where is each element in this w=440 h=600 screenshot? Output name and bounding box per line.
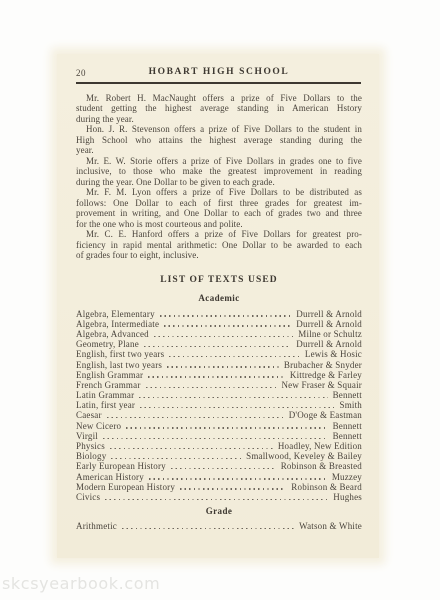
header-rule [76, 82, 361, 84]
dot-leader [105, 499, 328, 500]
text-row: BiologySmallwood, Keveley & Bailey [76, 451, 362, 461]
author-label: Durrell & Arnold [296, 339, 362, 349]
dot-leader [139, 397, 327, 398]
text-row: PhysicsHoadley, New Edition [76, 441, 362, 451]
dot-leader [148, 376, 285, 377]
texts-groups: AcademicAlgebra, ElementaryDurrell & Arn… [76, 293, 362, 532]
text-row: English, last two yearsBrubacher & Snyde… [76, 360, 362, 370]
dot-leader [103, 438, 328, 439]
text-row: English, first two yearsLewis & Hosic [76, 349, 362, 359]
subject-label: Algebra, Elementary [76, 309, 155, 319]
text-row: Algebra, AdvancedMilne or Schultz [76, 329, 362, 339]
author-label: Watson & White [299, 521, 362, 531]
paragraph: Mr. F. M. Lyon offers a prize of Five Do… [76, 187, 362, 229]
texts-list-title: LIST OF TEXTS USED [76, 275, 362, 285]
subject-label: French Grammar [76, 380, 141, 390]
paragraph-line: High School who attains the highest aver… [76, 135, 362, 146]
text-row: VirgilBennett [76, 431, 362, 441]
text-row: Latin, first yearSmith [76, 400, 362, 410]
paragraph-line: Mr. E. W. Storie offers a prize of Five … [76, 156, 362, 167]
dot-leader [180, 488, 286, 489]
subject-label: New Cicero [76, 421, 121, 431]
subject-label: English Grammar [76, 370, 143, 380]
text-row: Geometry, PlaneDurrell & Arnold [76, 339, 362, 349]
author-label: Bennett [333, 390, 362, 400]
subject-label: English, last two years [76, 360, 162, 370]
author-label: Smallwood, Keveley & Bailey [246, 451, 362, 461]
author-label: Durrell & Arnold [296, 319, 362, 329]
dot-leader [160, 315, 292, 316]
dot-leader [122, 528, 294, 529]
subject-label: Latin, first year [76, 400, 135, 410]
subject-label: American History [76, 472, 144, 482]
subject-label: English, first two years [76, 349, 164, 359]
dot-leader [149, 478, 327, 479]
dot-leader [154, 336, 293, 337]
author-label: Durrell & Arnold [296, 309, 362, 319]
text-row: American HistoryMuzzey [76, 472, 362, 482]
paragraph-line: of grades four to eight, inclusive. [76, 250, 362, 261]
author-label: Hughes [333, 492, 362, 502]
paragraph: Mr. C. E. Hanford offers a prize of Five… [76, 229, 362, 261]
author-label: D'Ooge & Eastman [289, 410, 362, 420]
author-label: Brubacher & Snyder [284, 360, 362, 370]
group-heading: Grade [76, 506, 362, 516]
text-row: French GrammarNew Fraser & Squair [76, 380, 362, 390]
page-number: 20 [76, 68, 86, 78]
paragraph-line: student getting the highest average stan… [76, 103, 362, 114]
dot-leader [110, 448, 273, 449]
author-label: Hoadley, New Edition [278, 441, 362, 451]
text-row: English GrammarKittredge & Farley [76, 370, 362, 380]
dot-leader [171, 468, 276, 469]
paragraph-line: year. [76, 145, 362, 156]
text-row: CaesarD'Ooge & Eastman [76, 410, 362, 420]
paragraph: Hon. J. R. Stevenson offers a prize of F… [76, 124, 362, 156]
header-title: HOBART HIGH SCHOOL [76, 67, 362, 77]
paragraph-line: inclusive, to those who make the greates… [76, 166, 362, 177]
subject-label: Virgil [76, 431, 98, 441]
group-heading: Academic [76, 293, 362, 303]
author-label: Kittredge & Farley [290, 370, 362, 380]
prize-paragraphs: Mr. Robert H. MacNaught offers a prize o… [76, 93, 362, 261]
page-header: 20 HOBART HIGH SCHOOL [76, 67, 362, 79]
text-row: Algebra, IntermediateDurrell & Arnold [76, 319, 362, 329]
dot-leader [169, 356, 300, 357]
author-label: Lewis & Hosic [305, 349, 362, 359]
subject-label: Geometry, Plane [76, 339, 139, 349]
paragraph-line: ficiency in rapid mental arithmetic: One… [76, 240, 362, 251]
paragraph-line: follows: One Dollar to each of first thr… [76, 198, 362, 209]
page-content: 20 HOBART HIGH SCHOOL Mr. Robert H. MacN… [76, 67, 362, 531]
subject-label: Algebra, Intermediate [76, 319, 159, 329]
paragraph-line: Mr. Robert H. MacNaught offers a prize o… [76, 93, 362, 104]
dot-leader [107, 417, 284, 418]
paragraph-line: during the year. One Dollar to be given … [76, 177, 362, 188]
paragraph: Mr. E. W. Storie offers a prize of Five … [76, 156, 362, 188]
subject-label: Algebra, Advanced [76, 329, 149, 339]
author-label: Robinson & Breasted [281, 461, 362, 471]
scan-background: 20 HOBART HIGH SCHOOL Mr. Robert H. MacN… [0, 0, 440, 600]
paragraph-line: Mr. C. E. Hanford offers a prize of Five… [76, 229, 362, 240]
author-label: Smith [339, 400, 362, 410]
author-label: Bennett [333, 431, 362, 441]
dot-leader [164, 325, 291, 326]
subject-label: Latin Grammar [76, 390, 134, 400]
subject-label: Caesar [76, 410, 102, 420]
subject-label: Modern European History [76, 482, 175, 492]
paragraph-line: for the one who is most courteous and po… [76, 219, 362, 230]
text-row: Algebra, ElementaryDurrell & Arnold [76, 309, 362, 319]
author-label: Muzzey [332, 472, 362, 482]
text-row: Modern European HistoryRobinson & Beard [76, 482, 362, 492]
subject-label: Arithmetic [76, 521, 117, 531]
text-row: New CiceroBennett [76, 421, 362, 431]
subject-label: Biology [76, 451, 106, 461]
yearbook-page: 20 HOBART HIGH SCHOOL Mr. Robert H. MacN… [57, 54, 379, 558]
dot-leader [167, 366, 279, 367]
subject-label: Early European History [76, 461, 166, 471]
dot-leader [146, 387, 277, 388]
dot-leader [140, 407, 334, 408]
paragraph-line: provement in writing, and One Dollar to … [76, 208, 362, 219]
text-row: CivicsHughes [76, 492, 362, 502]
author-label: Robinson & Beard [291, 482, 362, 492]
paragraph-line: during the year. [76, 114, 362, 125]
text-row: Latin GrammarBennett [76, 390, 362, 400]
subject-label: Physics [76, 441, 105, 451]
paragraph-line: Mr. F. M. Lyon offers a prize of Five Do… [76, 187, 362, 198]
paragraph: Mr. Robert H. MacNaught offers a prize o… [76, 93, 362, 125]
subject-label: Civics [76, 492, 100, 502]
paragraph-line: Hon. J. R. Stevenson offers a prize of F… [76, 124, 362, 135]
author-label: New Fraser & Squair [281, 380, 362, 390]
text-row: ArithmeticWatson & White [76, 521, 362, 531]
author-label: Milne or Schultz [298, 329, 362, 339]
watermark: skcsyearbook.com [2, 574, 160, 593]
text-row: Early European HistoryRobinson & Breaste… [76, 461, 362, 471]
author-label: Bennett [333, 421, 362, 431]
dot-leader [111, 458, 241, 459]
dot-leader [144, 346, 291, 347]
dot-leader [126, 427, 327, 428]
